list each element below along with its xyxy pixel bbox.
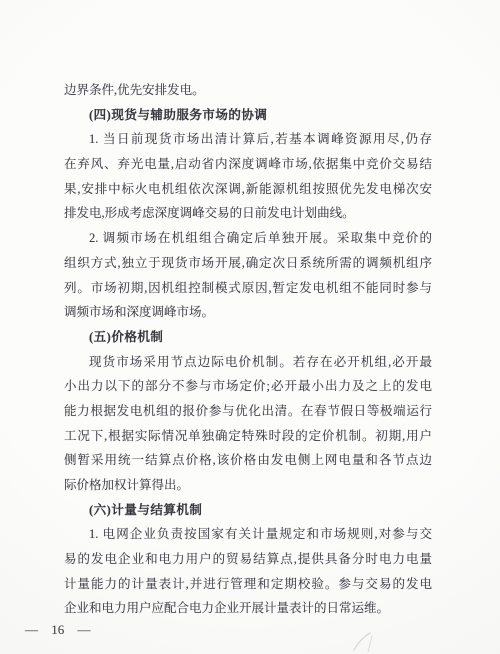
section-heading: (五)价格机制: [64, 325, 432, 350]
text-line: 工况下,根据实际情况单独确定特殊时段的定价机制。初期,用户: [64, 424, 432, 449]
text-line: 排发电,形成考虑深度调峰交易的日前发电计划曲线。: [64, 201, 432, 226]
document-text-block: 边界条件,优先安排发电。(四)现货与辅助服务市场的协调1. 当日前现货市场出清计…: [64, 78, 432, 621]
text-line: 边界条件,优先安排发电。: [64, 78, 432, 103]
text-line: 现货市场采用节点边际电价机制。若存在必开机组,必开最: [64, 350, 432, 375]
section-heading: (六)计量与结算机制: [64, 498, 432, 523]
text-line: 企业和电力用户应配合电力企业开展计量表计的日常运维。: [64, 596, 432, 621]
text-line: 侧暂采用统一结算点价格,该价格由发电侧上网电量和各节点边: [64, 448, 432, 473]
text-line: 1. 电网企业负责按国家有关计量规定和市场规则,对参与交: [64, 522, 432, 547]
text-line: 2. 调频市场在机组组合确定后单独开展。采取集中竞价的: [64, 226, 432, 251]
text-line: 计量能力的计量表计,并进行管理和定期校验。参与交易的发电: [64, 572, 432, 597]
text-line: 小出力以下的部分不参与市场定价;必开最小出力及之上的发电: [64, 374, 432, 399]
text-line: 列。市场初期,因机组控制模式原因,暂定发电机组不能同时参与: [64, 276, 432, 301]
text-line: 组织方式,独立于现货市场开展,确定次日系统所需的调频机组序: [64, 251, 432, 276]
text-line: 易的发电企业和电力用户的贸易结算点,提供具备分时电力电量: [64, 547, 432, 572]
text-line: 果,安排中标火电机组依次深调,新能源机组按照优先发电梯次安: [64, 177, 432, 202]
pencil-mark: [348, 628, 382, 654]
text-line: 调频市场和深度调峰市场。: [64, 300, 432, 325]
page-number: — 16 —: [25, 621, 91, 639]
text-line: 际价格加权计算得出。: [64, 473, 432, 498]
section-heading: (四)现货与辅助服务市场的协调: [64, 103, 432, 128]
text-line: 1. 当日前现货市场出清计算后,若基本调峰资源用尽,仍存: [64, 127, 432, 152]
text-line: 能力根据发电机组的报价参与优化出清。在春节假日等极端运行: [64, 399, 432, 424]
text-line: 在弃风、弃光电量,启动省内深度调峰市场,依据集中竞价交易结: [64, 152, 432, 177]
